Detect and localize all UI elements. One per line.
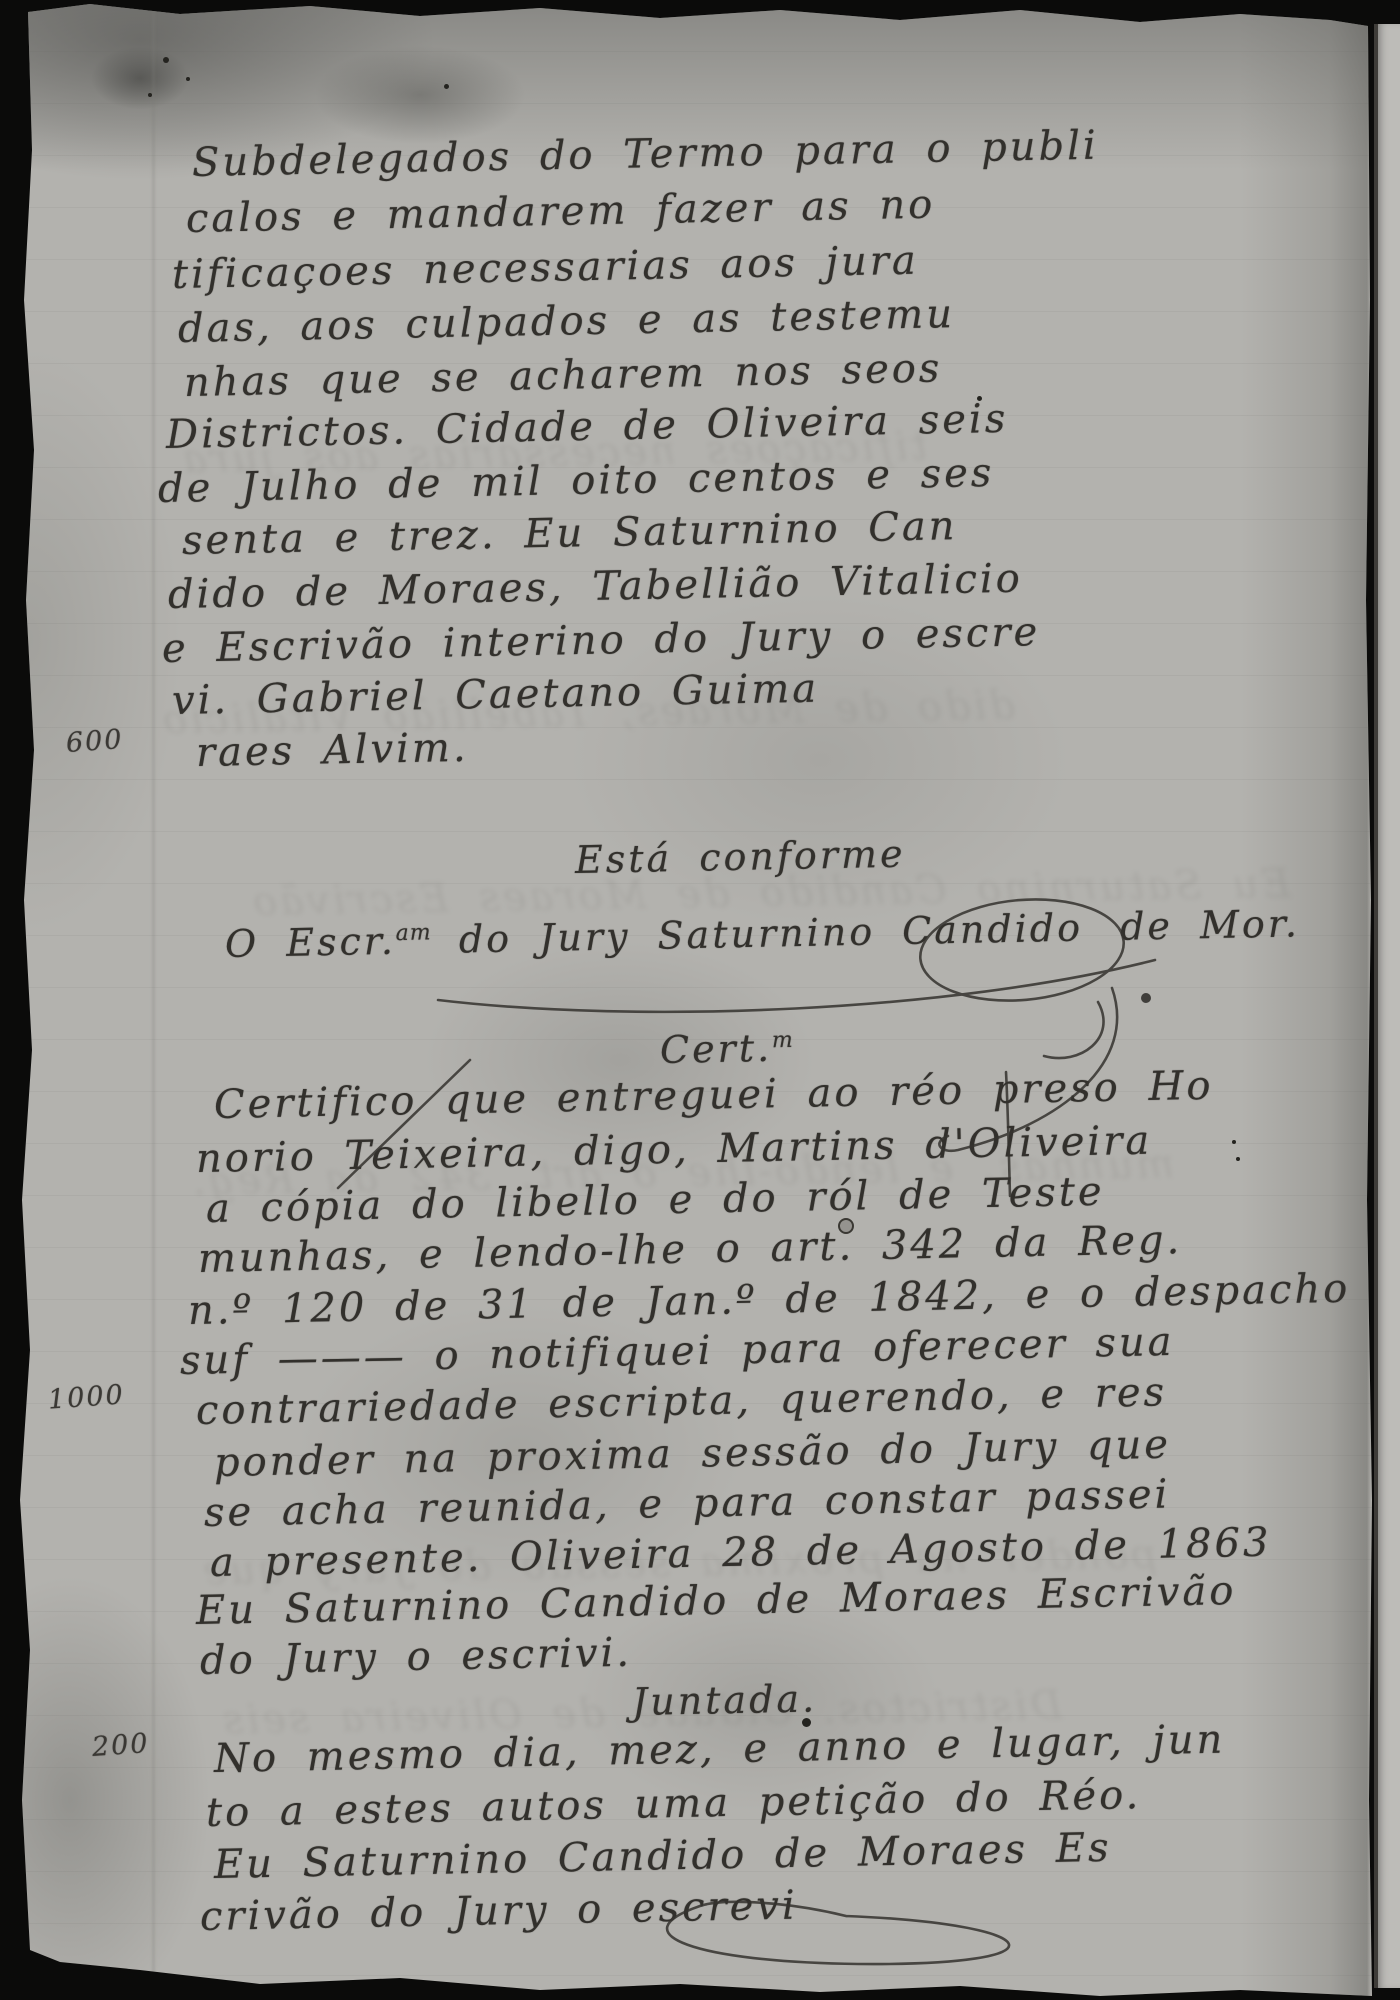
signature-underline-paraph bbox=[438, 960, 1155, 1012]
adjacent-page-edge bbox=[1374, 24, 1400, 1988]
handwritten-line: senta e trez. Eu Saturnino Can bbox=[182, 503, 958, 564]
section-heading-esta-conforme: Está conforme bbox=[575, 832, 906, 882]
handwritten-line: de Julho de mil oito centos e ses bbox=[158, 450, 995, 512]
ink-ring-spot bbox=[838, 1218, 854, 1234]
signature-rubric: de Mor. bbox=[1110, 901, 1311, 949]
scanned-manuscript: tificaçoes necessarias aos jura dido de … bbox=[0, 0, 1400, 2000]
signature-superscript: am bbox=[395, 920, 431, 946]
signature-prefix: O Escr. bbox=[225, 919, 397, 966]
ink-speck bbox=[148, 93, 152, 97]
handwritten-line: Districtos. Cidade de Oliveira seis bbox=[166, 396, 1009, 458]
handwritten-line: No mesmo dia, mez, e anno e lugar, jun bbox=[214, 1717, 1226, 1782]
handwritten-line: Certifico que entreguei ao réo preso Ho bbox=[214, 1063, 1214, 1128]
certidao-superscript: m bbox=[772, 1028, 794, 1053]
ink-speck bbox=[977, 396, 982, 401]
margin-fee-600: 600 bbox=[65, 724, 125, 759]
handwritten-line: dido de Moraes, Tabellião Vitalicio bbox=[168, 556, 1024, 618]
handwritten-line: nhas que se acharem nos seos bbox=[184, 345, 943, 406]
certidao-abbrev: Cert. bbox=[660, 1026, 773, 1072]
handwritten-line: do Jury o escrivi. bbox=[200, 1630, 633, 1684]
section-heading-certidao: Cert.m bbox=[660, 1025, 795, 1072]
handwritten-line: calos e mandarem fazer as no bbox=[186, 182, 936, 242]
ink-speck bbox=[802, 1718, 811, 1727]
handwritten-line: tificaçoes necessarias aos jura bbox=[172, 238, 920, 298]
ink-speck bbox=[186, 77, 190, 81]
handwritten-line: Subdelegados do Termo para o publi bbox=[192, 123, 1100, 186]
ink-speck bbox=[1232, 1140, 1236, 1144]
margin-fee-1000: 1000 bbox=[47, 1379, 126, 1415]
section-heading-juntada: Juntada. bbox=[632, 1676, 818, 1724]
handwritten-line: e Escrivão interino do Jury o escre bbox=[162, 609, 1041, 672]
handwritten-line: raes Alvim. bbox=[196, 725, 469, 776]
handwritten-line: das, aos culpados e as testemu bbox=[178, 291, 956, 352]
ink-speck bbox=[163, 57, 169, 63]
rubric-dot bbox=[1141, 993, 1151, 1003]
rubric-inner-loop bbox=[1044, 1002, 1104, 1058]
handwritten-line: vi. Gabriel Caetano Guima bbox=[172, 666, 820, 724]
ink-speck bbox=[444, 84, 449, 89]
margin-fee-200: 200 bbox=[91, 1728, 151, 1763]
clerk-signature-line: O Escr.am do Jury Saturnino Candido de M… bbox=[225, 901, 1311, 966]
signature-body: do Jury Saturnino Candido bbox=[458, 906, 1083, 962]
margin-fold-line bbox=[152, 0, 155, 2000]
document-page: tificaçoes necessarias aos jura dido de … bbox=[0, 0, 1400, 2000]
handwritten-line: crivão do Jury o escrevi bbox=[200, 1883, 799, 1940]
handwritten-line: Eu Saturnino Candido de Moraes Es bbox=[214, 1825, 1112, 1888]
ink-speck bbox=[1236, 1157, 1240, 1161]
